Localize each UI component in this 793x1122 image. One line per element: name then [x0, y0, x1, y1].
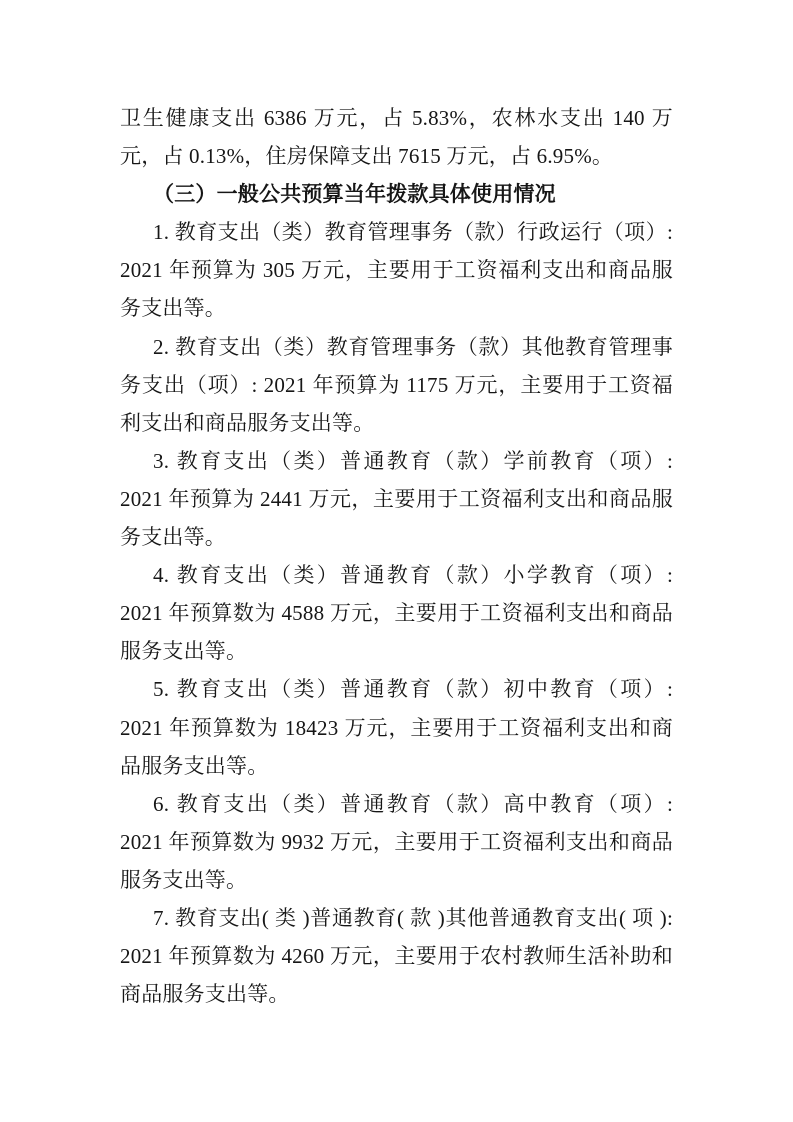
budget-item-3-preschool-education: 3. 教育支出（类）普通教育（款）学前教育（项）: 2021 年预算为 2441…	[120, 442, 673, 556]
section-heading-general-budget-usage: （三）一般公共预算当年拨款具体使用情况	[120, 175, 673, 213]
document-page: 卫生健康支出 6386 万元，占 5.83%，农林水支出 140 万元，占 0.…	[0, 0, 793, 1122]
budget-item-7-other-general-education: 7. 教育支出( 类 )普通教育( 款 )其他普通教育支出( 项 ): 2021…	[120, 899, 673, 1013]
document-text-block: 卫生健康支出 6386 万元，占 5.83%，农林水支出 140 万元，占 0.…	[120, 99, 673, 1013]
budget-item-2-other-education-management: 2. 教育支出（类）教育管理事务（款）其他教育管理事务支出（项）: 2021 年…	[120, 328, 673, 442]
budget-item-1-administrative-operation: 1. 教育支出（类）教育管理事务（款）行政运行（项）: 2021 年预算为 30…	[120, 213, 673, 327]
paragraph-expenditure-summary: 卫生健康支出 6386 万元，占 5.83%，农林水支出 140 万元，占 0.…	[120, 99, 673, 175]
budget-item-6-senior-high-education: 6. 教育支出（类）普通教育（款）高中教育（项）: 2021 年预算数为 993…	[120, 785, 673, 899]
budget-item-4-primary-education: 4. 教育支出（类）普通教育（款）小学教育（项）: 2021 年预算数为 458…	[120, 556, 673, 670]
budget-item-5-junior-middle-education: 5. 教育支出（类）普通教育（款）初中教育（项）: 2021 年预算数为 184…	[120, 670, 673, 784]
